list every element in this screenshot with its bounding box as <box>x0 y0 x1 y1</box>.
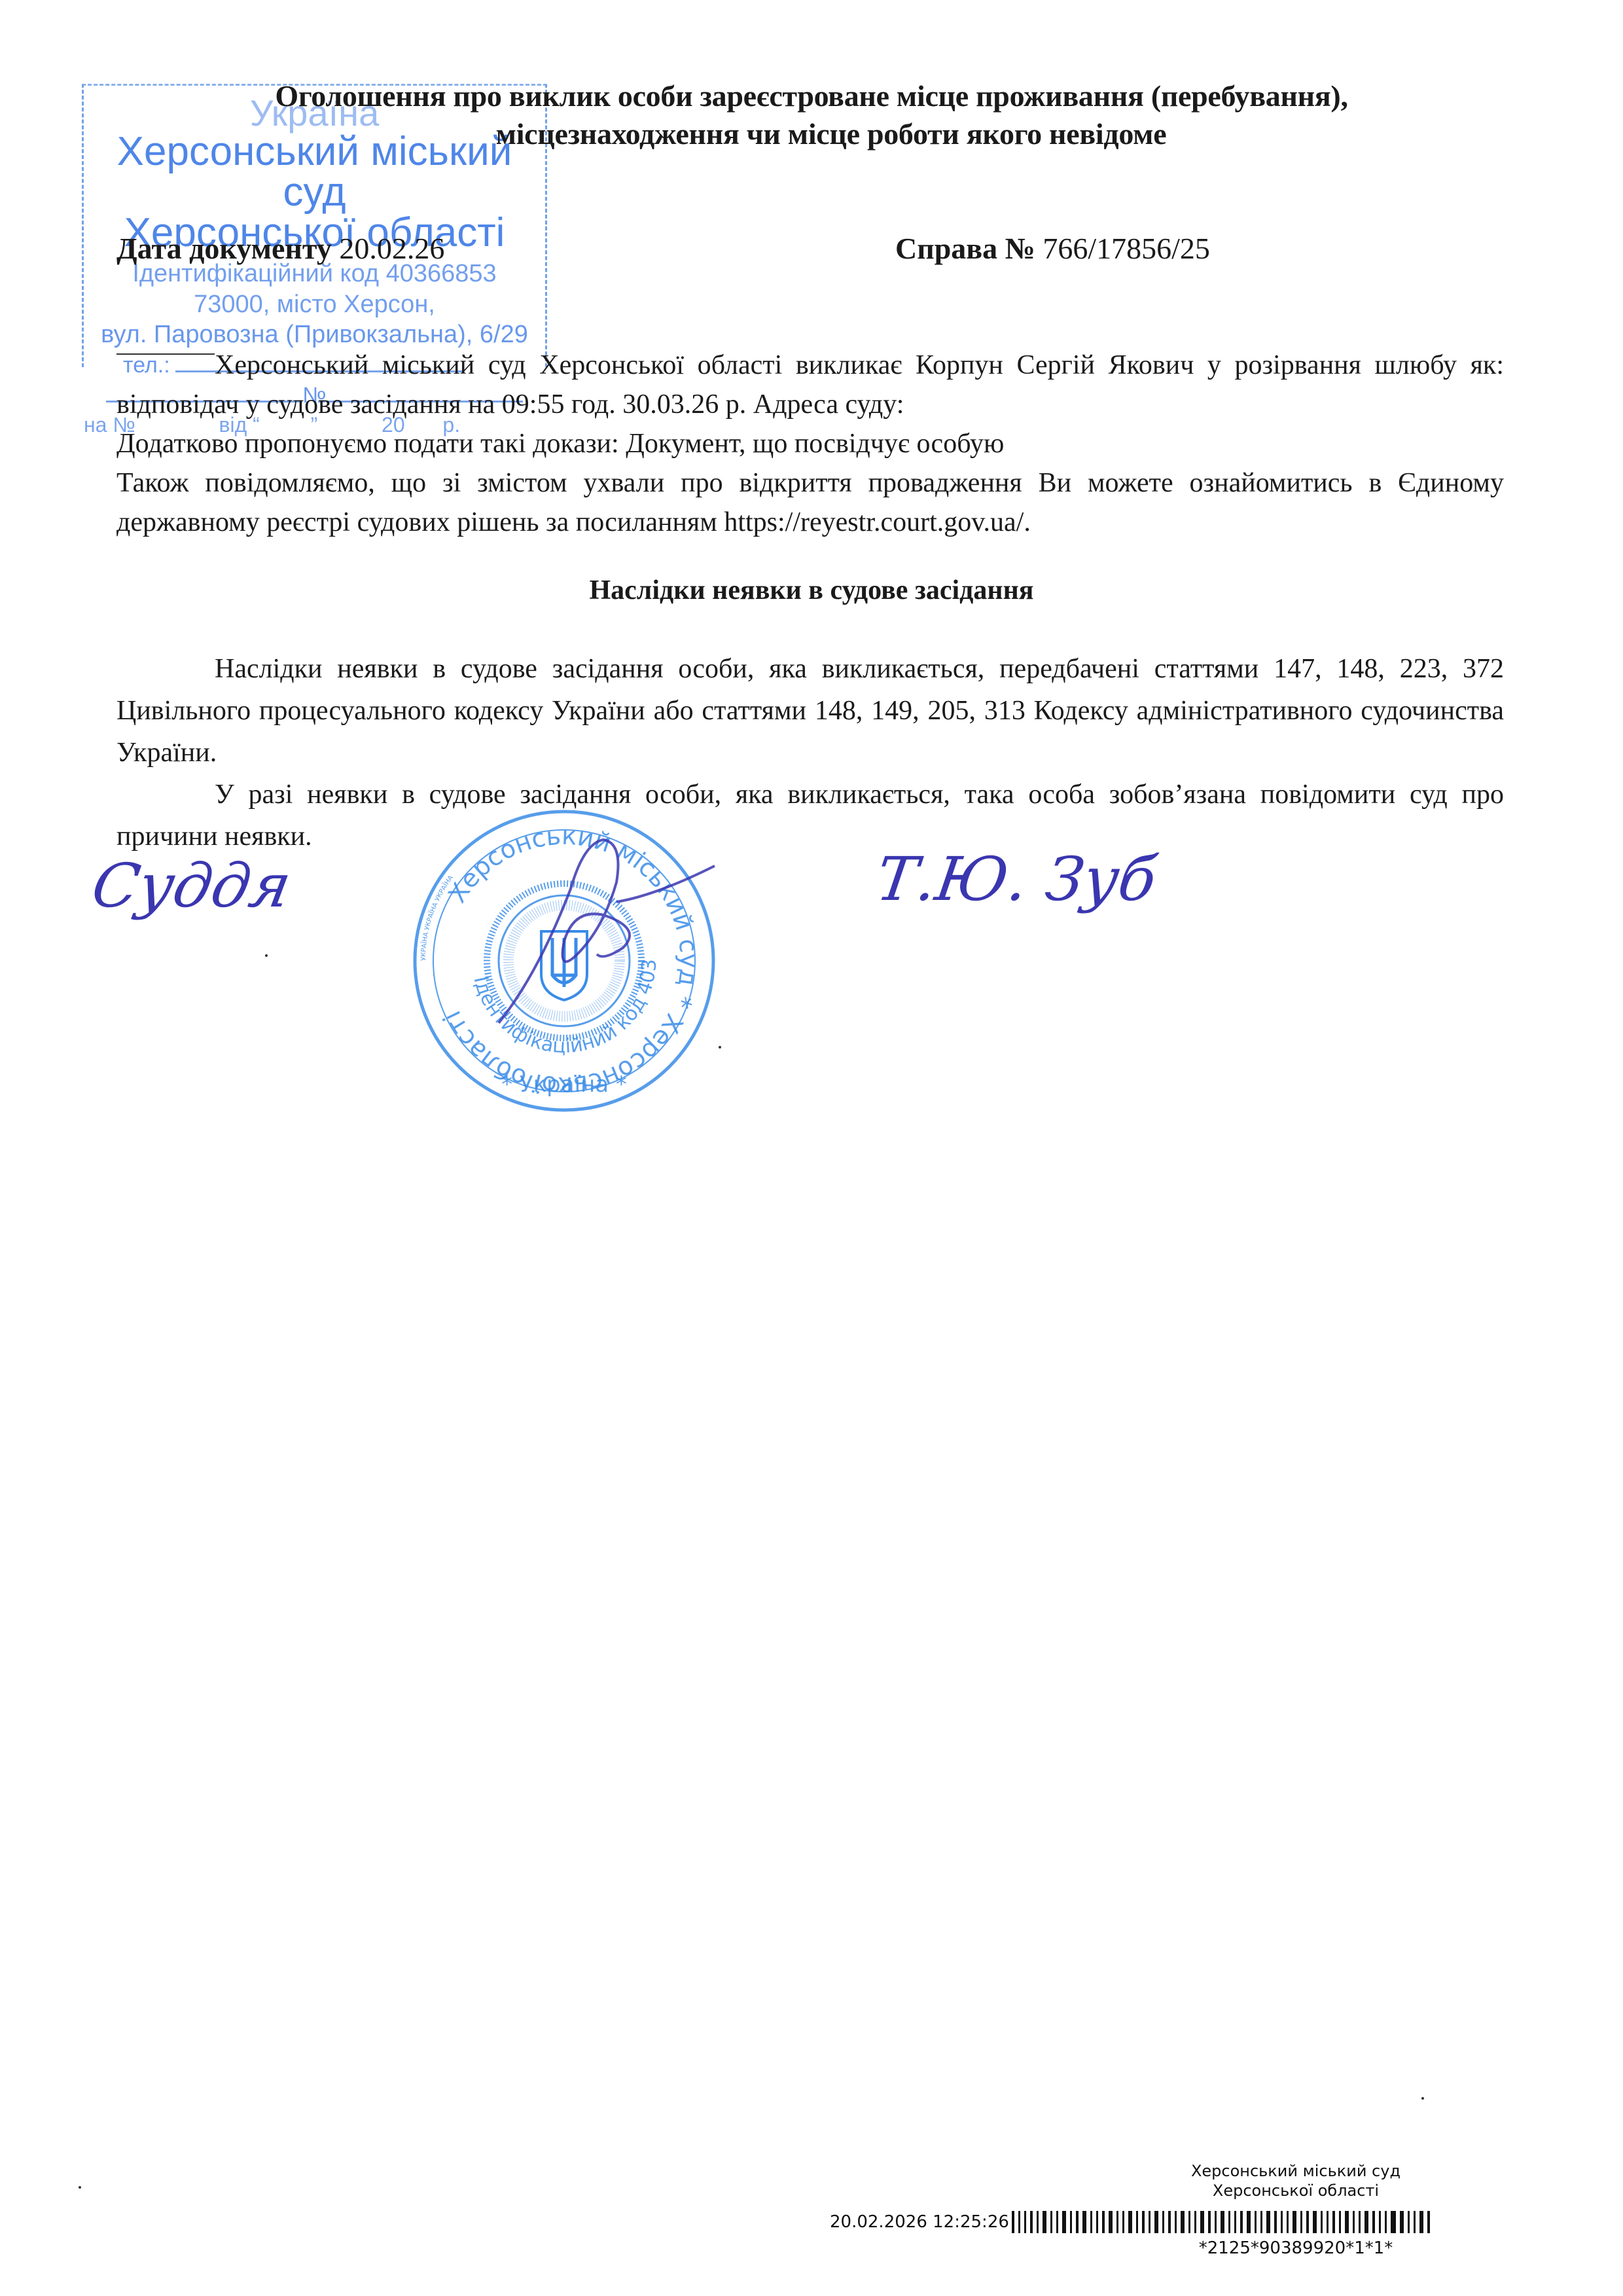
document-title-line-1: Оголошення про виклик особи зареєстрован… <box>0 77 1623 115</box>
consequences-body: Наслідки неявки в судове засідання особи… <box>116 648 1504 857</box>
footer-court-name: Херсонський міський суд Херсонської обла… <box>1165 2161 1427 2200</box>
document-date-value: 20.02.26 <box>339 232 444 265</box>
handwritten-judge-name: Т.Ю. Зуб <box>872 844 1160 914</box>
scan-speck <box>719 1046 721 1049</box>
scan-speck <box>1421 2097 1424 2100</box>
footer-timestamp: 20.02.2026 12:25:26 <box>830 2212 1009 2232</box>
document-date-label: Дата документу <box>116 232 332 265</box>
case-number: Справа № 766/17856/25 <box>895 230 1210 267</box>
consequences-paragraph-2: У разі неявки в судове засідання особи, … <box>116 774 1504 857</box>
handwritten-role: Суддя <box>87 851 296 921</box>
seal-country-text: * Україна * <box>501 1071 627 1098</box>
case-number-label: Справа № <box>895 232 1035 265</box>
registry-paragraph: Також повідомляємо, що зі змістом ухвали… <box>116 463 1504 542</box>
evidence-paragraph: Додатково пропонуємо подати такі докази:… <box>116 424 1504 463</box>
blank-line <box>116 353 215 355</box>
document-date: Дата документу 20.02.26 <box>116 230 444 267</box>
footer-barcode-row: 20.02.2026 12:25:26 <box>830 2211 1434 2233</box>
footer-court-line-1: Херсонський міський суд <box>1165 2161 1427 2181</box>
summons-paragraph: Херсонський міський суд Херсонської обла… <box>116 346 1504 424</box>
round-court-seal: УКРАЇНА УКРАЇНА УКРАЇНА Херсонський місь… <box>407 804 721 1118</box>
consequences-paragraph-1: Наслідки неявки в судове засідання особи… <box>116 648 1504 774</box>
scan-speck <box>265 954 268 957</box>
footer-barcode-text: *2125*90389920*1*1* <box>1165 2238 1427 2258</box>
consequences-heading: Наслідки неявки в судове засідання <box>0 575 1623 606</box>
scan-speck <box>79 2186 81 2189</box>
summons-body: Херсонський міський суд Херсонської обла… <box>116 346 1504 542</box>
case-number-value: 766/17856/25 <box>1043 232 1210 265</box>
document-title-line-2: місцезнаходження чи місце роботи якого н… <box>0 115 1623 153</box>
footer-court-line-2: Херсонської області <box>1165 2181 1427 2200</box>
stamp-city: 73000, місто Херсон, <box>84 290 545 319</box>
barcode-icon <box>1012 2211 1434 2233</box>
